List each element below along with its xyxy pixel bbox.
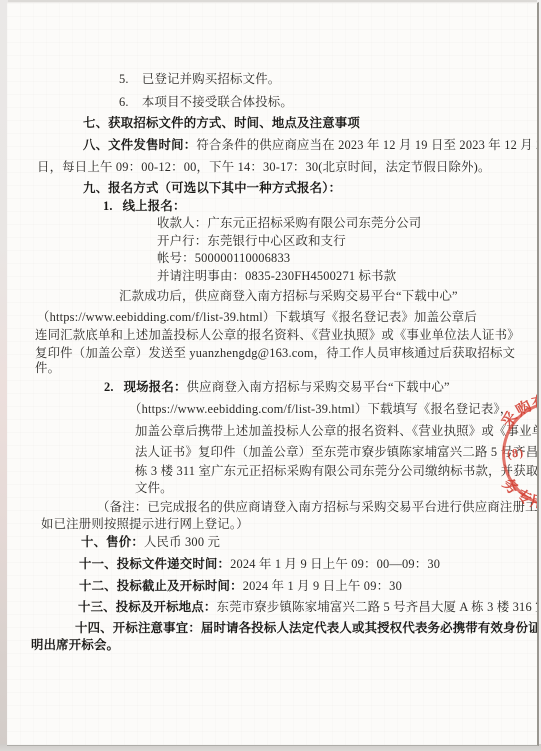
- doc-line-24: 如已注册则按照提示进行网上登记。）: [41, 517, 249, 532]
- doc-line-30: 明出席开标会。: [31, 638, 119, 653]
- doc-line-26: 十一、投标文件递交时间：2024 年 1 月 9 日上午 09：00—09：30: [79, 557, 440, 572]
- doc-text-segment: 收款人：广东元正招标采购有限公司东莞分公司: [157, 216, 421, 230]
- screenshot-root: { "page": { "background": "#fcfbf9", "su…: [0, 0, 541, 751]
- doc-line-28: 十三、投标及开标地点：东莞市寮步镇陈家埔富兴二路 5 号齐昌大厦 A 栋 3 楼…: [78, 600, 539, 615]
- doc-text-segment: 日，每日上午 09：00-12：00，下午 14：30-17：30(北京时间，法…: [37, 160, 491, 174]
- doc-text-segment: 人民币 300 元: [144, 535, 220, 549]
- doc-text-segment: 十四、开标注意事宜：届时请各投标人法定代表人或其授权代表务必携带有效身份证: [75, 621, 539, 635]
- doc-text-segment: 明出席开标会。: [31, 638, 119, 652]
- doc-text-segment: 十一、投标文件递交时间：: [79, 557, 230, 571]
- doc-text-segment: 如已注册则按照提示进行网上登记。）: [41, 517, 249, 531]
- doc-text-segment: 七、获取招标文件的方式、时间、地点及注意事项: [83, 116, 360, 130]
- doc-line-15: 复印件（加盖公章）发送至 yuanzhengdg@163.com，待工作人员审核…: [35, 346, 515, 361]
- doc-line-18: （https://www.eebidding.com/f/list-39.htm…: [129, 402, 512, 417]
- doc-line-6: 九、报名方式（可选以下其中一种方式报名）：: [83, 181, 341, 196]
- doc-line-9: 开户行：东莞银行中心区政和支行: [157, 234, 346, 249]
- doc-text-segment: 复印件（加盖公章）发送至 yuanzhengdg@163.com，待工作人员审核…: [35, 346, 515, 360]
- doc-text-segment: 连同汇款底单和上述加盖投标人公章的报名资料、《营业执照》或《事业单位法人证书》: [35, 328, 520, 342]
- doc-text-segment: 2. 现场报名：: [104, 380, 187, 394]
- doc-text-segment: 件。: [35, 361, 60, 375]
- doc-text-segment: 6. 本项目不接受联合体投标。: [119, 95, 293, 109]
- doc-line-17: 2. 现场报名：供应商登入南方招标与采购交易平台“下载中心”: [104, 380, 450, 395]
- doc-line-22: 文件。: [135, 481, 173, 496]
- doc-line-4: 八、文件发售时间：符合条件的供应商应当在 2023 年 12 月 19 日至 2…: [83, 138, 539, 153]
- doc-text-segment: 2024 年 1 月 9 日上午 09：00—09：30: [230, 557, 440, 571]
- doc-line-7: 1. 线上报名：: [103, 199, 186, 214]
- seal-char: 用: [529, 495, 539, 512]
- document-page: 5. 已登记并购买招标文件。6. 本项目不接受联合体投标。七、获取招标文件的方式…: [7, 2, 539, 746]
- doc-text-segment: 开户行：东莞银行中心区政和支行: [157, 234, 346, 248]
- doc-line-29: 十四、开标注意事宜：届时请各投标人法定代表人或其授权代表务必携带有效身份证: [75, 621, 539, 636]
- doc-text-segment: 十三、投标及开标地点：: [78, 600, 217, 614]
- doc-text-segment: 九、报名方式（可选以下其中一种方式报名）：: [83, 181, 341, 195]
- doc-line-16: 件。: [35, 361, 60, 376]
- doc-text-segment: 东莞市寮步镇陈家埔富兴二路 5 号齐昌大厦 A 栋 3 楼 316 室: [217, 600, 540, 614]
- doc-text-segment: 5. 已登记并购买招标文件。: [119, 72, 280, 86]
- doc-line-8: 收款人：广东元正招标采购有限公司东莞分公司: [157, 216, 421, 231]
- seal-char: (8): [506, 445, 525, 462]
- doc-text-segment: （https://www.eebidding.com/f/list-39.htm…: [37, 310, 477, 324]
- doc-text-segment: 符合条件的供应商应当在 2023 年 12 月 19 日至 2023 年 12 …: [196, 138, 539, 152]
- doc-text-segment: 法人证书》复印件（加盖公章）至东莞市寮步镇陈家埔富兴二路 5 号齐昌大厦 A: [135, 445, 539, 459]
- doc-line-21: 栋 3 楼 311 室广东元正招标采购有限公司东莞分公司缴纳标书款，并获取招标: [135, 464, 539, 479]
- doc-text-segment: 八、文件发售时间：: [83, 138, 196, 152]
- doc-text-segment: （备注：已完成报名的供应商请登入南方招标与采购交易平台进行供应商注册工作，: [97, 500, 539, 514]
- doc-line-5: 日，每日上午 09：00-12：00，下午 14：30-17：30(北京时间，法…: [37, 160, 491, 175]
- doc-text-segment: 加盖公章后携带上述加盖投标人公章的报名资料、《营业执照》或《事业单位: [135, 424, 539, 438]
- doc-line-12: 汇款成功后，供应商登入南方招标与采购交易平台“下载中心”: [119, 289, 458, 304]
- doc-line-27: 十二、投标截止及开标时间：2024 年 1 月 9 日上午 09：30: [79, 579, 402, 594]
- doc-line-20: 法人证书》复印件（加盖公章）至东莞市寮步镇陈家埔富兴二路 5 号齐昌大厦 A: [135, 445, 539, 460]
- doc-line-3: 七、获取招标文件的方式、时间、地点及注意事项: [83, 116, 360, 131]
- doc-text-segment: 1. 线上报名：: [103, 199, 186, 213]
- doc-text-segment: 供应商登入南方招标与采购交易平台“下载中心”: [187, 380, 450, 394]
- doc-text-segment: 帐号：500000110006833: [157, 251, 290, 265]
- doc-text-segment: 并请注明事由：0835-230FH4500271 标书款: [157, 269, 396, 283]
- doc-line-23: （备注：已完成报名的供应商请登入南方招标与采购交易平台进行供应商注册工作，: [97, 500, 539, 515]
- doc-line-11: 并请注明事由：0835-230FH4500271 标书款: [157, 269, 396, 284]
- doc-text-segment: 栋 3 楼 311 室广东元正招标采购有限公司东莞分公司缴纳标书款，并获取招标: [135, 464, 539, 478]
- doc-text-segment: 文件。: [135, 481, 173, 495]
- doc-line-14: 连同汇款底单和上述加盖投标人公章的报名资料、《营业执照》或《事业单位法人证书》: [35, 328, 520, 343]
- doc-text-segment: 十二、投标截止及开标时间：: [79, 579, 243, 593]
- doc-line-2: 6. 本项目不接受联合体投标。: [119, 95, 293, 110]
- doc-text-segment: （https://www.eebidding.com/f/list-39.htm…: [129, 402, 512, 416]
- doc-text-segment: 2024 年 1 月 9 日上午 09：30: [243, 579, 402, 593]
- doc-line-19: 加盖公章后携带上述加盖投标人公章的报名资料、《营业执照》或《事业单位: [135, 424, 539, 439]
- doc-line-1: 5. 已登记并购买招标文件。: [119, 72, 280, 87]
- doc-line-10: 帐号：500000110006833: [157, 251, 290, 266]
- doc-text-segment: 十、售价：: [81, 535, 144, 549]
- doc-line-25: 十、售价：人民币 300 元: [81, 535, 220, 550]
- doc-line-13: （https://www.eebidding.com/f/list-39.htm…: [37, 310, 477, 325]
- doc-text-segment: 汇款成功后，供应商登入南方招标与采购交易平台“下载中心”: [119, 289, 458, 303]
